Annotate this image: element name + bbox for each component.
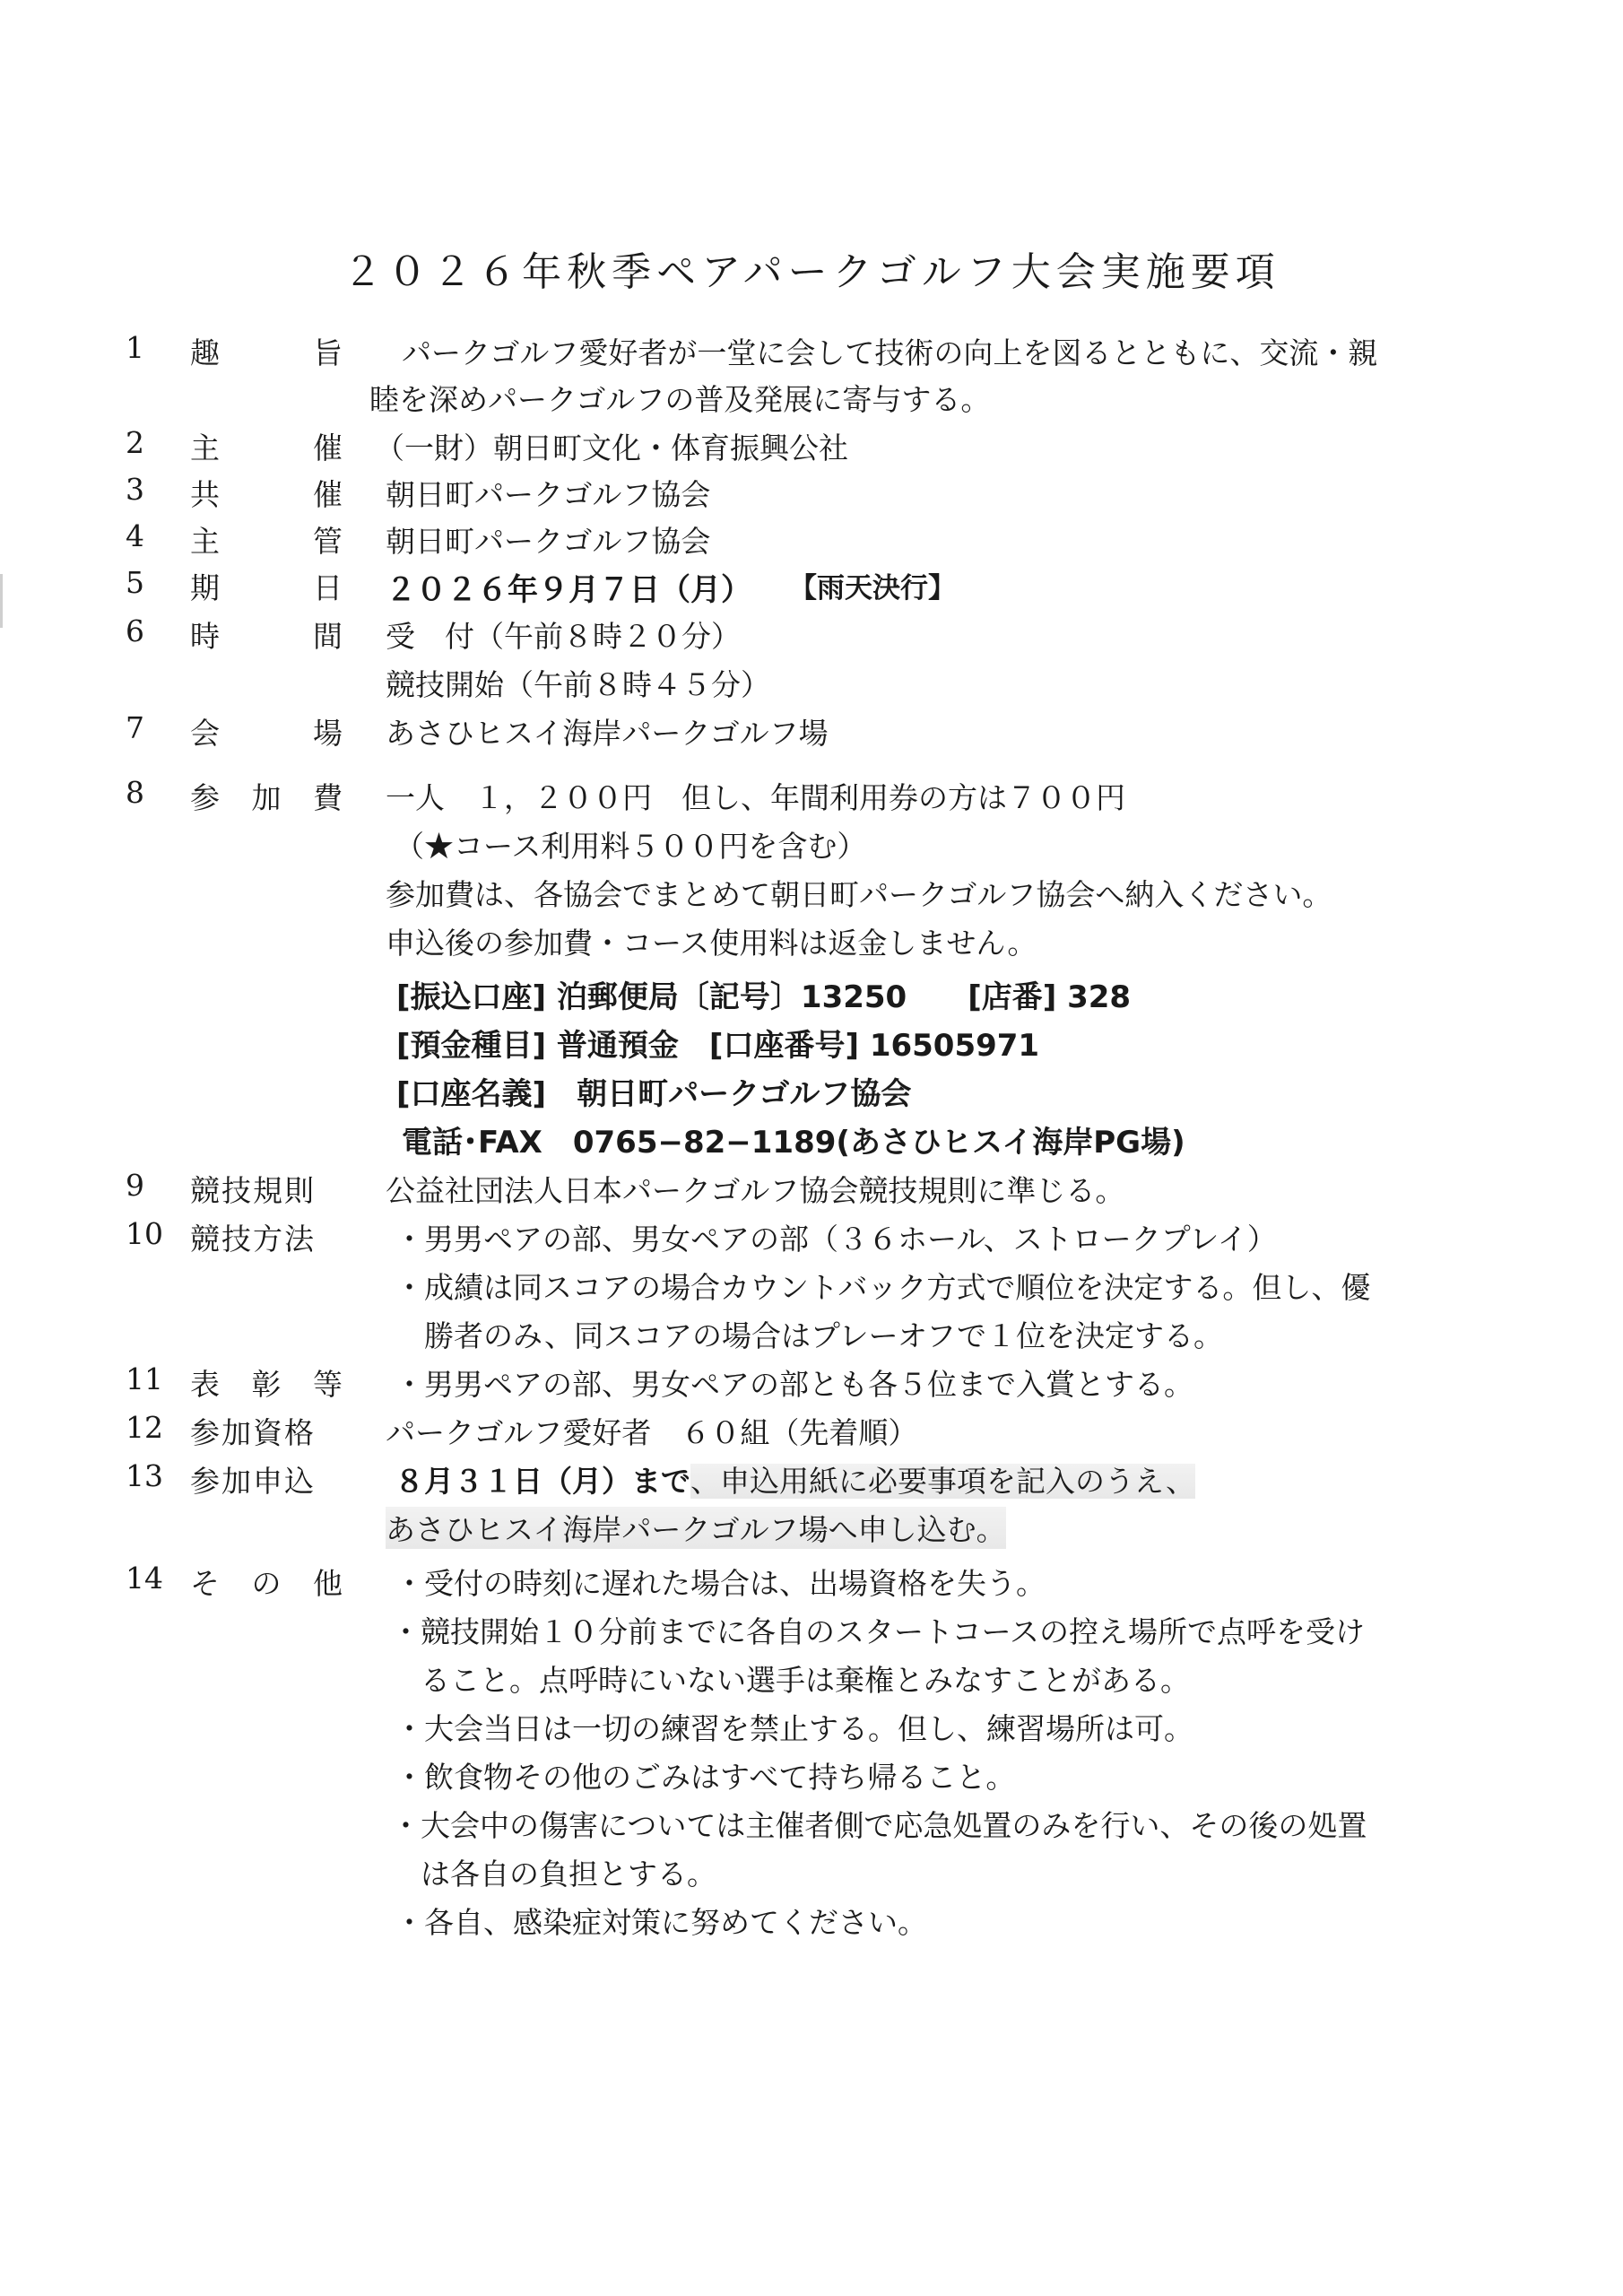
item-text: ・各自、感染症対策に努めてください。 [395, 1900, 927, 1942]
item-text: 勝者のみ、同スコアの場合はプレーオフで１位を決定する。 [395, 1313, 1223, 1355]
start-time: 競技開始（午前８時４５分） [386, 662, 770, 704]
bank-account-name: [口座名義] 朝日町パークゴルフ協会 [396, 1069, 911, 1113]
document-title: ２０２６年秋季ペアパークゴルフ大会実施要項 [0, 239, 1623, 297]
item-label: 競技規則 [190, 1168, 343, 1210]
item-label: 主 催 [190, 425, 343, 467]
item-text: パークゴルフ愛好者が一堂に会して技術の向上を図るとともに、交流・親 [402, 330, 1377, 372]
fee-text: 申込後の参加費・コース使用料は返金しません。 [386, 920, 1037, 962]
item-text: ・男男ペアの部、男女ペアの部とも各５位まで入賞とする。 [395, 1361, 1193, 1404]
item-text: あさひヒスイ海岸パークゴルフ場へ申し込む。 [386, 1507, 1006, 1549]
item-text: ること。点呼時にいない選手は棄権とみなすことがある。 [391, 1657, 1190, 1700]
item-text: 、申込用紙に必要事項を記入のうえ、 [690, 1464, 1195, 1499]
item-number: 9 [126, 1168, 179, 1203]
bank-account-info: [振込口座] 泊郵便局〔記号〕13250 [店番] 328 [396, 972, 1131, 1016]
item-label: 共 催 [190, 472, 343, 514]
fee-note: （★コース利用料５００円を含む） [395, 823, 866, 865]
fee-text: 参加費は、各協会でまとめて朝日町パークゴルフ協会へ納入ください。 [386, 872, 1332, 914]
item-label: 表 彰 等 [190, 1361, 343, 1404]
scan-edge-mark [0, 574, 3, 628]
item-text: ・成績は同スコアの場合カウントバック方式で順位を決定する。但し、優 [395, 1265, 1370, 1307]
item-label: そ の 他 [190, 1561, 343, 1603]
item-number: 12 [126, 1410, 179, 1445]
item-label: 会 場 [190, 710, 343, 752]
item-number: 7 [126, 710, 179, 745]
item-number: 5 [126, 565, 179, 600]
application-deadline: ８月３１日（月）まで [395, 1464, 690, 1499]
fee-text: 一人 １，２００円 但し、年間利用券の方は７００円 [386, 775, 1125, 817]
item-label: 趣 旨 [190, 330, 343, 372]
item-number: 11 [126, 1361, 179, 1396]
item-text: 朝日町パークゴルフ協会 [386, 518, 710, 561]
item-text: は各自の負担とする。 [391, 1851, 716, 1893]
item-number: 4 [126, 518, 179, 553]
reception-time: 受 付（午前８時２０分） [386, 613, 741, 656]
item-text: ・男男ペアの部、男女ペアの部（３６ホール、ストロークプレイ） [395, 1216, 1277, 1258]
item-number: 10 [126, 1216, 179, 1251]
item-text: パークゴルフ愛好者 ６０組（先着順） [386, 1410, 917, 1452]
venue-name: あさひヒスイ海岸パークゴルフ場 [386, 710, 829, 752]
phone-fax: 電話･FAX 0765−82−1189(あさひヒスイ海岸PG場) [402, 1118, 1185, 1161]
item-label: 競技方法 [190, 1216, 343, 1258]
item-text: 朝日町パークゴルフ協会 [386, 472, 710, 514]
item-text: ・大会中の傷害については主催者側で応急処置のみを行い、その後の処置 [391, 1803, 1367, 1845]
item-label: 時 間 [190, 613, 343, 656]
item-text: ・大会当日は一切の練習を禁止する。但し、練習場所は可。 [395, 1706, 1193, 1748]
item-label: 参 加 費 [190, 775, 343, 817]
item-text: ・飲食物その他のごみはすべて持ち帰ること。 [395, 1754, 1015, 1796]
item-number: 14 [126, 1561, 179, 1596]
item-number: 13 [126, 1458, 179, 1493]
item-number: 8 [126, 775, 179, 810]
item-text: 睦を深めパークゴルフの普及発展に寄与する。 [369, 377, 990, 419]
item-text: ・競技開始１０分前までに各自のスタートコースの控え場所で点呼を受け [391, 1609, 1365, 1651]
event-date: ２０２６年９月７日（月） [386, 565, 751, 609]
item-label: 参加資格 [190, 1410, 343, 1452]
item-text: （一財）朝日町文化・体育振興公社 [375, 425, 848, 467]
item-text: ・受付の時刻に遅れた場合は、出場資格を失う。 [395, 1561, 1046, 1603]
item-label: 主 管 [190, 518, 343, 561]
item-label: 参加申込 [190, 1458, 343, 1500]
item-number: 1 [126, 330, 179, 365]
item-number: 3 [126, 472, 179, 507]
bank-deposit-type: [預金種目] 普通預金 [口座番号] 16505971 [396, 1021, 1039, 1065]
item-number: 2 [126, 425, 179, 460]
item-text: 公益社団法人日本パークゴルフ協会競技規則に準じる。 [386, 1168, 1124, 1210]
item-label: 期 日 [190, 565, 343, 607]
rain-or-shine-note: 【雨天決行】 [789, 565, 956, 605]
item-number: 6 [126, 613, 179, 648]
